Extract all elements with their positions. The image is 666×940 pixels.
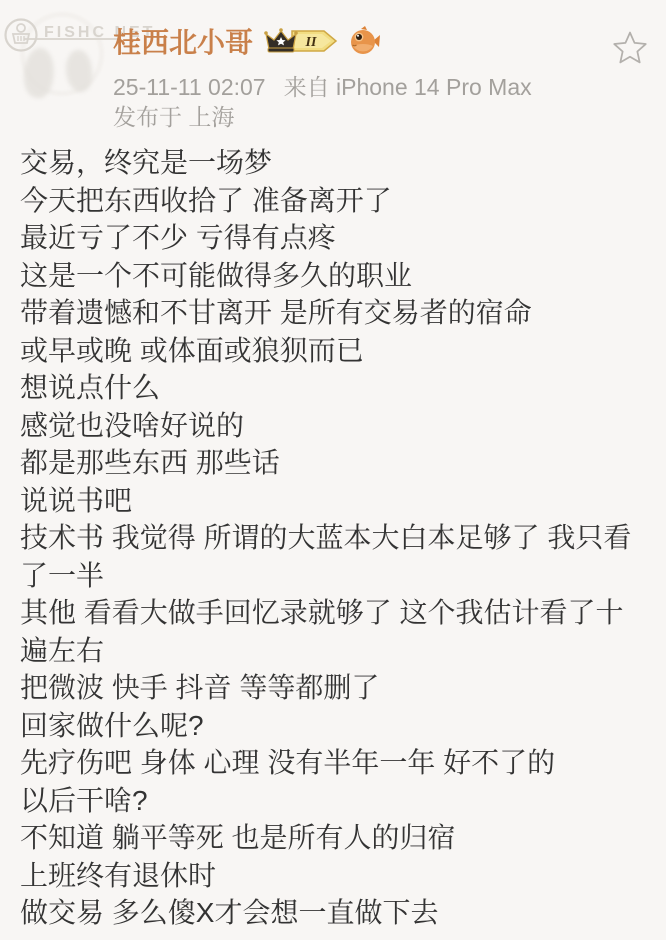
post-text-line: 最近亏了不少 亏得有点疼	[20, 219, 652, 257]
post-text-line: 都是那些东西 那些话	[20, 444, 652, 482]
username-link[interactable]: 桂西北小哥	[113, 21, 253, 61]
post-text-line: 上班终有退休时	[20, 857, 652, 895]
post-text-line: 做交易 多么傻X才会想一直做下去	[20, 894, 652, 932]
post-text-line: 不知道 躺平等死 也是所有人的归宿	[20, 819, 652, 857]
vip-crown-badge-icon[interactable]: II	[262, 26, 340, 56]
post-text-line: 回家做什么呢?	[20, 707, 652, 745]
post-text-line: 或早或晚 或体面或狼狈而已	[20, 332, 652, 370]
post-source[interactable]: 来自 iPhone 14 Pro Max	[284, 74, 532, 100]
vip-level-text: II	[305, 35, 317, 50]
weibo-post-card: FISHC NET 桂西北小哥 II	[0, 0, 666, 940]
post-text-line: 把微波 快手 抖音 等等都删了	[20, 669, 652, 707]
post-timestamp: 25-11-11 02:07	[113, 74, 266, 100]
post-text-line: 了一半	[20, 557, 652, 595]
post-text-line: 技术书 我觉得 所谓的大蓝本大白本足够了 我只看	[20, 519, 652, 557]
star-outline-icon	[608, 26, 652, 70]
pufferfish-emoji-icon	[349, 25, 381, 57]
post-location[interactable]: 发布于 上海	[113, 99, 234, 132]
post-meta: 25-11-11 02:07来自 iPhone 14 Pro Max	[113, 69, 532, 102]
user-row: 桂西北小哥 II	[113, 23, 381, 59]
post-text-line: 感觉也没啥好说的	[20, 407, 652, 445]
post-text-line: 带着遗憾和不甘离开 是所有交易者的宿命	[20, 294, 652, 332]
post-text-line: 先疗伤吧 身体 心理 没有半年一年 好不了的	[20, 744, 652, 782]
post-text-line: 今天把东西收拾了 准备离开了	[20, 182, 652, 220]
post-text-line: 想说点什么	[20, 369, 652, 407]
post-text-line: 说说书吧	[20, 482, 652, 520]
post-text-line: 这是一个不可能做得多久的职业	[20, 257, 652, 295]
post-text-line: 以后干啥?	[20, 782, 652, 820]
post-text-line: 其他 看看大做手回忆录就够了 这个我估计看了十	[20, 594, 652, 632]
post-text-line: 交易，终究是一场梦	[20, 144, 652, 182]
post-body: 交易，终究是一场梦 今天把东西收拾了 准备离开了 最近亏了不少 亏得有点疼 这是…	[20, 144, 652, 932]
favorite-star-button[interactable]	[608, 26, 652, 70]
post-text-line: 遍左右	[20, 632, 652, 670]
